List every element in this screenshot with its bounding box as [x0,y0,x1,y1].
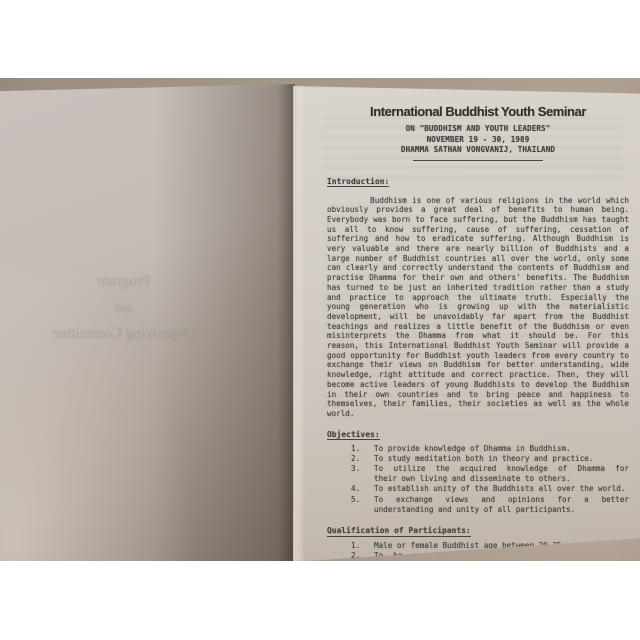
text-line: very valuable and there are nearly billi… [327,244,629,254]
text-line: To utilize the acquired knowledge of Dha… [374,464,629,474]
introduction-paragraph: Buddhism is one of various religions in … [327,196,629,419]
text-line: practise Dhamma for their own and others… [327,273,629,283]
list-item: 1.To provide knowledge of Dhamma in Budd… [351,444,629,454]
list-item: 3.To utilize the acquired knowledge of D… [351,464,629,484]
text-line: suffering and how to eradicate suffering… [327,234,629,244]
document-content: International Buddhist Youth Seminar ON … [327,94,629,561]
list-item-text: To utilize the acquired knowledge of Dha… [374,464,629,484]
text-line: exchange their views on Buddhism for bet… [327,360,629,370]
text-line: To provide knowledge of Dhamma in Buddhi… [374,444,629,454]
text-line: Program [8,268,240,296]
list-item: 2.To study meditation both in theory and… [351,454,629,464]
text-line: young generation who is growing up with … [327,302,629,312]
list-item: 2.To be a representative of a regional c… [351,551,629,561]
qualification-heading: Qualification of Participants: [327,526,471,537]
text-line: reason, this International Buddhist Yout… [327,341,629,351]
qualification-list: 1.Male or female Buddhist age between 20… [327,541,629,561]
text-line: become active leaders of young Buddhists… [327,380,629,390]
header-divider-rule [413,160,543,161]
objectives-heading: Objectives: [327,430,380,441]
text-line: development, will be unavoidably far apa… [327,312,629,322]
text-line: large number of Buddhist countries all o… [327,254,629,264]
text-line: Buddhism is one of various religions in … [327,196,629,206]
list-item-text: To exchange views and opinions for a bet… [374,495,629,515]
text-line: themselves, their families, their societ… [327,399,629,409]
list-item-text: To establish unity of the Buddhists all … [374,484,629,494]
text-line: Organizing Committee [8,320,240,348]
text-line: To establish unity of the Buddhists all … [374,484,629,494]
text-line: To be a representative of a regional cen… [374,551,629,561]
subtitle-line-dates: NOVEMBER 19 - 30, 1989 [327,135,629,146]
list-item-text: To study meditation both in theory and p… [374,454,629,464]
text-line: can clearly and correctly understand the… [327,263,629,273]
list-item-number: 1. [351,444,365,454]
page-title: International Buddhist Youth Seminar [327,104,629,120]
text-line: and [8,296,240,320]
list-item-number: 1. [351,541,365,551]
left-page: ProgramandOrganizing Committee [0,84,295,561]
text-line: understanding and unity of all participa… [374,505,629,515]
objectives-list: 1.To provide knowledge of Dhamma in Budd… [327,444,629,515]
text-line: To study meditation both in theory and p… [374,454,629,464]
list-item-text: Male or female Buddhist age between 20-3… [374,541,629,551]
booklet-photo: ProgramandOrganizing Committee Internati… [0,78,640,561]
list-item-number: 5. [351,495,365,505]
subtitle-block: ON "BUDDHISM AND YOUTH LEADERS" NOVEMBER… [327,124,629,156]
list-item-text: To provide knowledge of Dhamma in Buddhi… [374,444,629,454]
text-line: their own living and disseminate to othe… [374,474,629,484]
list-item-number: 3. [351,464,365,474]
list-item-text: To be a representative of a regional cen… [374,551,629,561]
list-item: 1.Male or female Buddhist age between 20… [351,541,629,551]
bleed-through-mirrored-text: ProgramandOrganizing Committee [8,268,240,348]
text-line: us all to know suffering, cause of suffe… [327,225,629,235]
introduction-heading: Introduction: [327,177,389,188]
right-page: International Buddhist Youth Seminar ON … [293,86,640,561]
text-line: in their own countries and to bring peac… [327,390,629,400]
text-line: good opportunity for Buddhist youth lead… [327,351,629,361]
subtitle-line-theme: ON "BUDDHISM AND YOUTH LEADERS" [327,124,629,135]
text-line: misinterprets the Dhamma from what it sh… [327,331,629,341]
text-line: To exchange views and opinions for a bet… [374,495,629,505]
text-line: has turned to be just an inherited tradi… [327,283,629,293]
text-line: knowledge, right attitude and correct pr… [327,370,629,380]
text-line: Everybody was born to face suffering, bu… [327,215,629,225]
list-item-number: 4. [351,484,365,494]
text-line: teachings and realizes a little benefit … [327,322,629,332]
list-item: 4.To establish unity of the Buddhists al… [351,484,629,494]
text-line: Male or female Buddhist age between 20-3… [374,541,629,551]
list-item-number: 2. [351,551,365,561]
list-item: 5.To exchange views and opinions for a b… [351,495,629,515]
list-item-number: 2. [351,454,365,464]
text-line: and practice to approach the ultimate tr… [327,293,629,303]
text-line: obviously provides a great deal of benef… [327,205,629,215]
text-line: world. [327,409,629,419]
subtitle-line-venue: DHAMMA SATHAN VONGVANIJ, THAILAND [327,145,629,156]
